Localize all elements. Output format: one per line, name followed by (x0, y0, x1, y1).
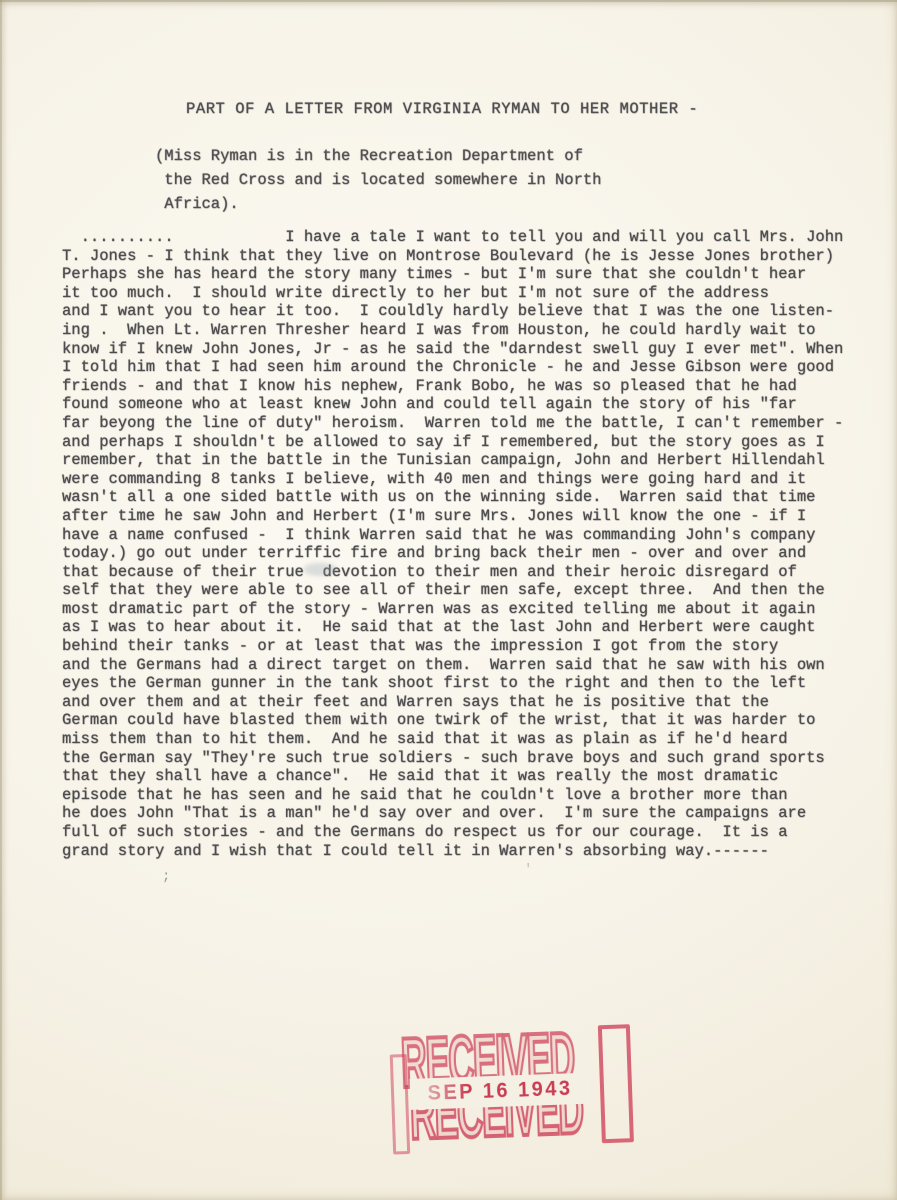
received-stamp-date: SEP 16 1943 (427, 1077, 573, 1106)
letter-body: .......... I have a tale I want to tell … (62, 228, 843, 860)
ink-smudge (304, 563, 336, 576)
letter-page: PART OF A LETTER FROM VIRGINIA RYMAN TO … (0, 0, 897, 1200)
received-stamp-edge-left (390, 1054, 410, 1155)
letter-title: PART OF A LETTER FROM VIRGINIA RYMAN TO … (186, 100, 698, 118)
stray-mark: ' (524, 862, 532, 878)
received-stamp: RECEIVED RECEIVED SEP 16 1943 (392, 1022, 652, 1157)
stray-mark: ; (162, 869, 170, 885)
letter-note: (Miss Ryman is in the Recreation Departm… (155, 144, 601, 216)
received-stamp-edge-right (598, 1024, 634, 1143)
paper-edge-left (0, 0, 2, 1200)
paper-edge-top (0, 0, 897, 2)
received-stamp-date-band: SEP 16 1943 (410, 1073, 591, 1110)
